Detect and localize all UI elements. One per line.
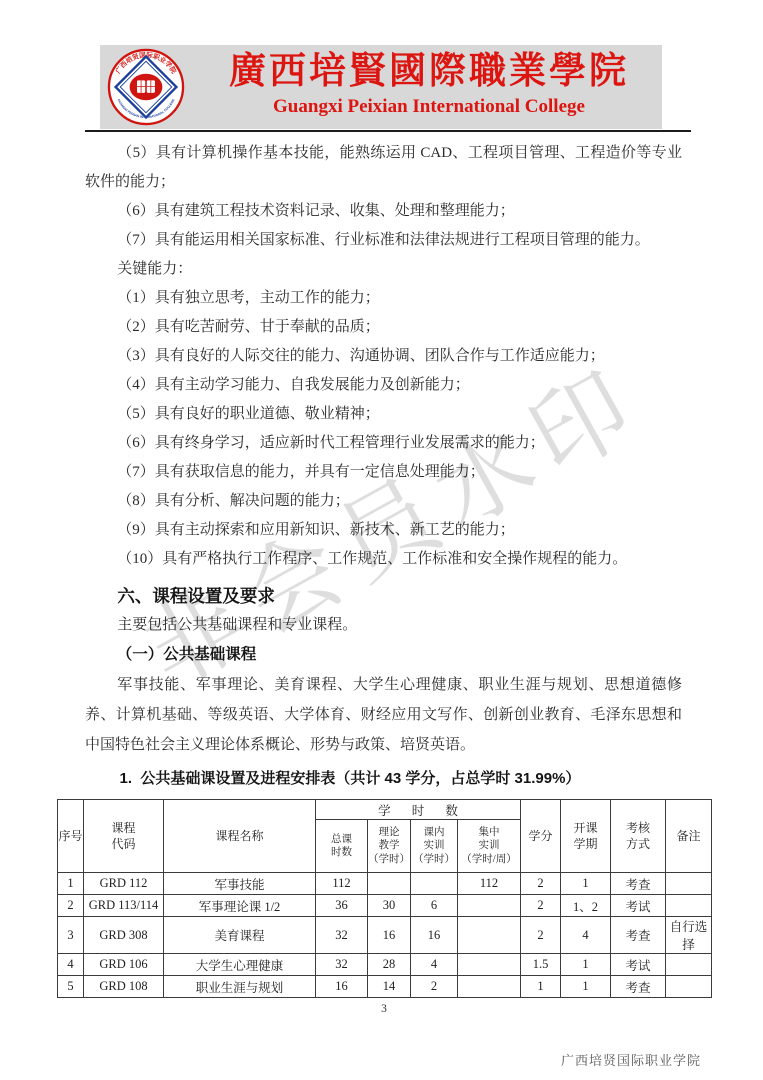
col-header-remarks: 备注 [666,800,712,873]
table-row: 2 GRD 113/114 军事理论课 1/2 36 30 6 2 1、2 考试 [58,895,712,917]
list-item: （8）具有分析、解决问题的能力； [85,487,682,516]
college-titles: 廣西培賢國際職業學院 Guangxi Peixian International… [204,49,654,119]
col-header-inclass-practice: 课内 实训 （学时） [411,820,458,873]
list-item: （5）具有良好的职业道德、敬业精神； [85,400,682,429]
section-heading: 六、课程设置及要求 [85,581,682,611]
college-seal-icon: 广西培贤国际职业学院 GUANGXI PEIXIAN INTERNATIONAL… [107,48,185,126]
col-header-total-hours: 总课 时数 [316,820,368,873]
col-header-semester: 开课 学期 [561,800,611,873]
subsection-heading: （一）公共基础课程 [85,640,682,670]
col-header-no: 序号 [58,800,84,873]
header-divider-line [85,130,691,132]
list-item: （3）具有良好的人际交往的能力、沟通协调、团队合作与工作适应能力； [85,342,682,371]
course-schedule-table: 序号 课程 代码 课程名称 学 时 数 学分 开课 学期 考核 方式 备注 总课… [57,799,712,998]
col-header-concentrated-practice: 集中 实训 （学时/周） [458,820,521,873]
table-row: 4 GRD 106 大学生心理健康 32 28 4 1.5 1 考试 [58,954,712,976]
college-name-en: Guangxi Peixian International College [204,95,654,119]
table-title: 1. 公共基础课设置及进程安排表（共计 43 学分，占总学时 31.99%） [85,765,682,792]
list-item: （4）具有主动学习能力、自我发展能力及创新能力； [85,371,682,400]
col-header-credits: 学分 [521,800,561,873]
list-item: （5）具有计算机操作基本技能，能熟练运用 CAD、工程项目管理、工程造价等专业软… [85,139,682,197]
footer-college-name: 广西培贤国际职业学院 [561,1050,701,1069]
col-header-name: 课程名称 [164,800,316,873]
col-header-hours-group: 学 时 数 [316,800,521,820]
list-item: （7）具有获取信息的能力，并具有一定信息处理能力； [85,458,682,487]
list-item: （6）具有建筑工程技术资料记录、收集、处理和整理能力； [85,197,682,226]
table-row: 5 GRD 108 职业生涯与规划 16 14 2 1 1 考查 [58,976,712,998]
college-header-banner: 广西培贤国际职业学院 GUANGXI PEIXIAN INTERNATIONAL… [100,45,662,129]
col-header-assessment: 考核 方式 [611,800,666,873]
section-intro: 主要包括公共基础课程和专业课程。 [85,611,682,640]
list-item: （9）具有主动探索和应用新知识、新技术、新工艺的能力； [85,516,682,545]
key-abilities-label: 关键能力： [85,255,682,284]
college-name-zh: 廣西培賢國際職業學院 [204,49,654,95]
col-header-theory-hours: 理论 教学 （学时） [368,820,411,873]
list-item: （7）具有能运用相关国家标准、行业标准和法律法规进行工程项目管理的能力。 [85,226,682,255]
page-number: 3 [57,1003,711,1015]
list-item: （6）具有终身学习，适应新时代工程管理行业发展需求的能力； [85,429,682,458]
page-content: （5）具有计算机操作基本技能，能熟练运用 CAD、工程项目管理、工程造价等专业软… [85,139,682,1015]
course-overview: 军事技能、军事理论、美育课程、大学生心理健康、职业生涯与规划、思想道德修养、计算… [85,670,682,760]
table-row: 3 GRD 308 美育课程 32 16 16 2 4 考查 自行选择 [58,917,712,954]
table-row: 1 GRD 112 军事技能 112 112 2 1 考查 [58,873,712,895]
list-item: （2）具有吃苦耐劳、甘于奉献的品质； [85,313,682,342]
col-header-code: 课程 代码 [84,800,164,873]
list-item: （10）具有严格执行工作程序、工作规范、工作标准和安全操作规程的能力。 [85,545,682,574]
document-page: 非会员水印 广西培贤国际职业学院 GUANGXI PEIXIAN INTERNA… [0,0,763,1080]
list-item: （1）具有独立思考，主动工作的能力； [85,284,682,313]
